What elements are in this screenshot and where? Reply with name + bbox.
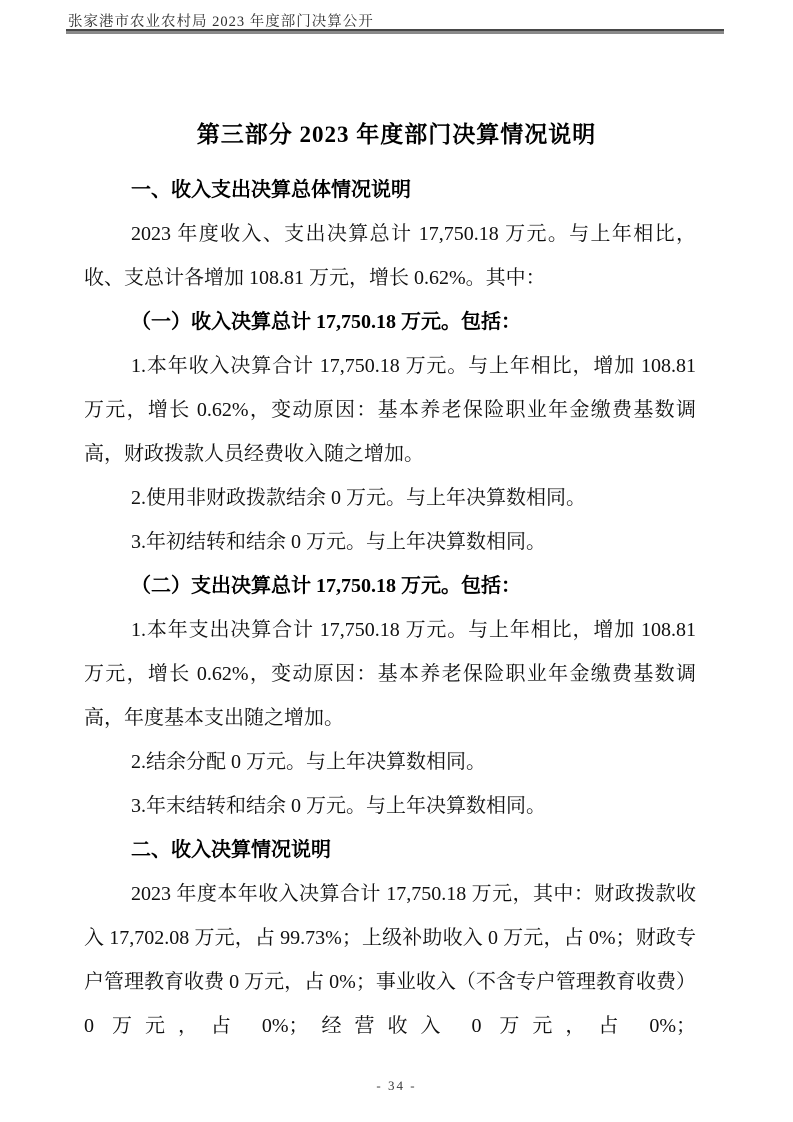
paragraph-income-item-1: 1.本年收入决算合计 17,750.18 万元。与上年相比，增加 108.81 … [84,344,696,476]
paragraph-expenditure-item-3: 3.年末结转和结余 0 万元。与上年决算数相同。 [84,784,696,828]
document-page: 张家港市农业农村局 2023 年度部门决算公开 第三部分 2023 年度部门决算… [0,0,793,1122]
paragraph-expenditure-item-1: 1.本年支出决算合计 17,750.18 万元。与上年相比，增加 108.81 … [84,608,696,740]
page-footer: - 34 - [0,1078,793,1094]
paragraph-income-item-3: 3.年初结转和结余 0 万元。与上年决算数相同。 [84,520,696,564]
paragraph-expenditure-item-2: 2.结余分配 0 万元。与上年决算数相同。 [84,740,696,784]
subheading-expenditure-total: （二）支出决算总计 17,750.18 万元。包括： [84,564,696,608]
header-rule [66,29,724,34]
paragraph-income-item-2: 2.使用非财政拨款结余 0 万元。与上年决算数相同。 [84,476,696,520]
page-title: 第三部分 2023 年度部门决算情况说明 [0,116,793,149]
subheading-income-total: （一）收入决算总计 17,750.18 万元。包括： [84,300,696,344]
document-body: 一、收入支出决算总体情况说明 2023 年度收入、支出决算总计 17,750.1… [84,168,696,1048]
section-heading-income-details: 二、收入决算情况说明 [84,828,696,872]
page-number: - 34 - [376,1078,416,1093]
running-header: 张家港市农业农村局 2023 年度部门决算公开 [68,10,374,31]
paragraph-income-breakdown: 2023 年度本年收入决算合计 17,750.18 万元，其中：财政拨款收入 1… [84,872,696,1048]
section-heading-income-expenditure-overview: 一、收入支出决算总体情况说明 [84,168,696,212]
paragraph-total-budget-summary: 2023 年度收入、支出决算总计 17,750.18 万元。与上年相比，收、支总… [84,212,696,300]
